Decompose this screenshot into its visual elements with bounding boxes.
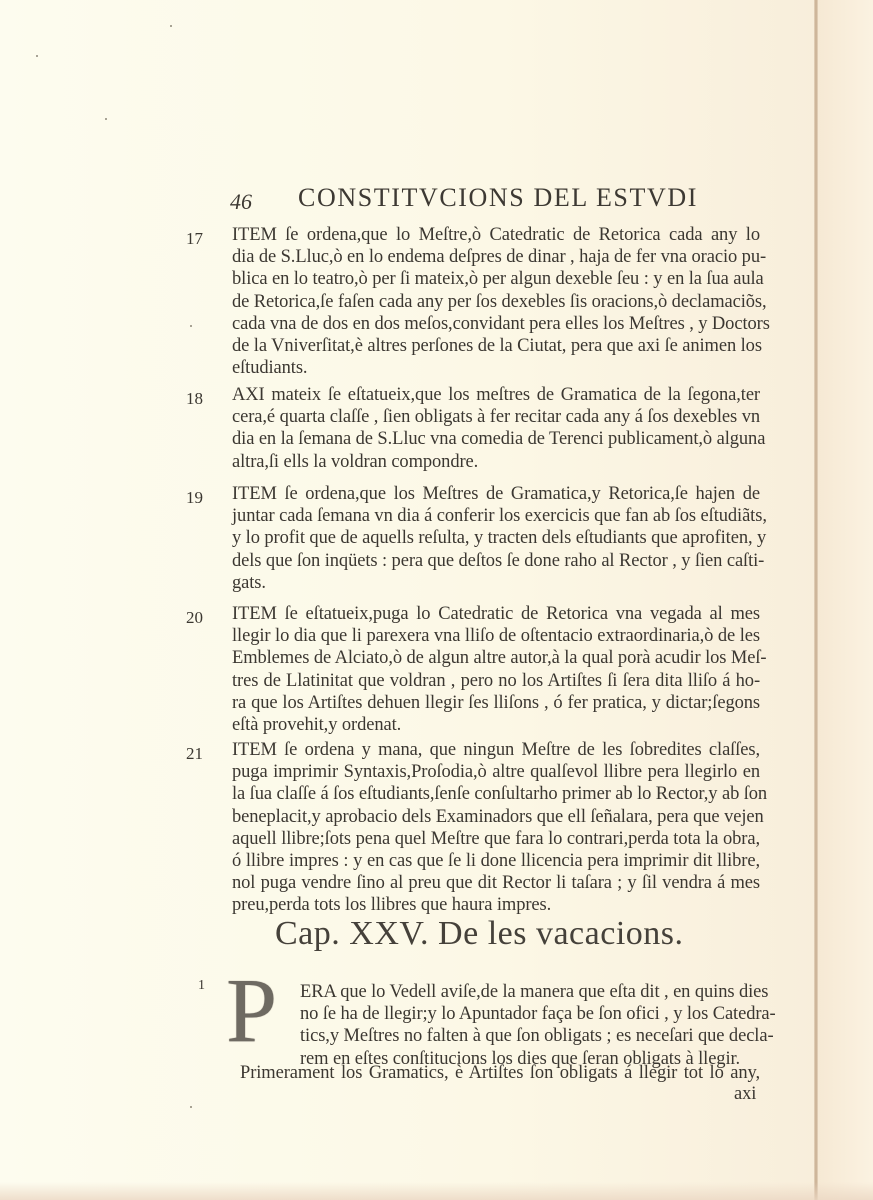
running-title: CONSTITVCIONS DEL ESTVDI [298,183,698,213]
text-line: AXI mateix ſe eſtatueix,que los meſtres … [232,384,760,406]
text-line: ITEM ſe ordena,que lo Meſtre,ò Catedrati… [232,224,760,246]
text-line: Primerament los Gramatics, è Artiſtes ſo… [240,1062,760,1084]
paragraph-18: AXI mateix ſe eſtatueix,que los meſtres … [232,384,760,473]
paragraph-17: ITEM ſe ordena,que lo Meſtre,ò Catedrati… [232,224,760,379]
catchword: axi [734,1083,756,1105]
chapter-paragraph-1: ERA que lo Vedell aviſe,de la manera que… [300,981,760,1070]
text-line: de Retorica,ſe faſen cada any per ſos de… [232,291,760,313]
text-line: blica en lo teatro,ò per ſi mateix,ò per… [232,268,760,290]
paragraph-number: 19 [186,488,203,508]
paragraph-number: 21 [186,744,203,764]
text-line: y lo profit que de aquells reſulta, y tr… [232,527,760,549]
text-line: juntar cada ſemana vn dia á conferir los… [232,505,760,527]
text-line: ITEM ſe ordena y mana, que ningun Meſtre… [232,739,760,761]
text-line: ó llibre impres : y en cas que ſe li don… [232,850,760,872]
paragraph-21: ITEM ſe ordena y mana, que ningun Meſtre… [232,739,760,917]
paragraph-number: 1 [198,978,205,994]
text-line: preu,perda tots los llibres que haura im… [232,894,760,916]
paragraph-number: 20 [186,608,203,628]
paragraph-number: 17 [186,229,203,249]
text-line: ITEM ſe eſtatueix,puga lo Catedratic de … [232,603,760,625]
text-line: eſtà provehit,y ordenat. [232,714,760,736]
text-line: puga imprimir Syntaxis,Proſodia,ò altre … [232,761,760,783]
text-line: llegir lo dia que li parexera vna lliſo … [232,625,760,647]
chapter-paragraph-2: Primerament los Gramatics, è Artiſtes ſo… [240,1062,760,1084]
text-line: dia de S.Lluc,ò en lo endema deſpres de … [232,246,760,268]
text-line: cada vna de dos en dos meſos,convidant p… [232,313,760,335]
text-line: aquell llibre;ſots pena quel Meſtre que … [232,828,760,850]
text-line: cera,é quarta claſſe , ſien obligats à f… [232,406,760,428]
text-line: nol puga vendre ſino al preu que dit Rec… [232,872,760,894]
paper-speck [36,55,38,57]
paragraph-20: ITEM ſe eſtatueix,puga lo Catedratic de … [232,603,760,736]
text-line: ra que los Artiſtes dehuen llegir ſes ll… [232,692,760,714]
paper-speck [170,25,172,27]
drop-cap: P [226,970,277,1050]
page-number: 46 [230,189,252,215]
text-line: Emblemes de Alciato,ò de algun altre aut… [232,647,760,669]
text-line: ERA que lo Vedell aviſe,de la manera que… [300,981,760,1003]
text-line: no ſe ha de llegir;y lo Apuntador faça b… [300,1003,760,1025]
paragraph-number: 18 [186,389,203,409]
text-line: eſtudiants. [232,357,760,379]
text-line: tics,y Meſtres no falten à que ſon oblig… [300,1025,760,1047]
text-line: dels que ſon inqüets : pera que deſtos ſ… [232,550,760,572]
paragraph-19: ITEM ſe ordena,que los Meſtres de Gramat… [232,483,760,594]
text-line: de la Vniverſitat,è altres perſones de l… [232,335,760,357]
text-line: tres de Llatinitat que voldran , pero no… [232,670,760,692]
text-line: la ſua claſſe á ſos eſtudiants,ſenſe con… [232,783,760,805]
facing-page-edge [818,0,873,1200]
text-line: ITEM ſe ordena,que los Meſtres de Gramat… [232,483,760,505]
page-bottom-shadow [0,1182,873,1200]
paper-speck [190,1106,192,1108]
chapter-heading: Cap. XXV. De les vacacions. [275,915,715,953]
paper-speck [105,118,107,120]
text-line: gats. [232,572,760,594]
text-line: dia en la ſemana de S.Lluc vna comedia d… [232,428,760,450]
text-line: altra,ſi ells la voldran compondre. [232,451,760,473]
text-line: beneplacit,y aprobacio dels Examinadors … [232,806,760,828]
paper-speck [190,325,192,327]
